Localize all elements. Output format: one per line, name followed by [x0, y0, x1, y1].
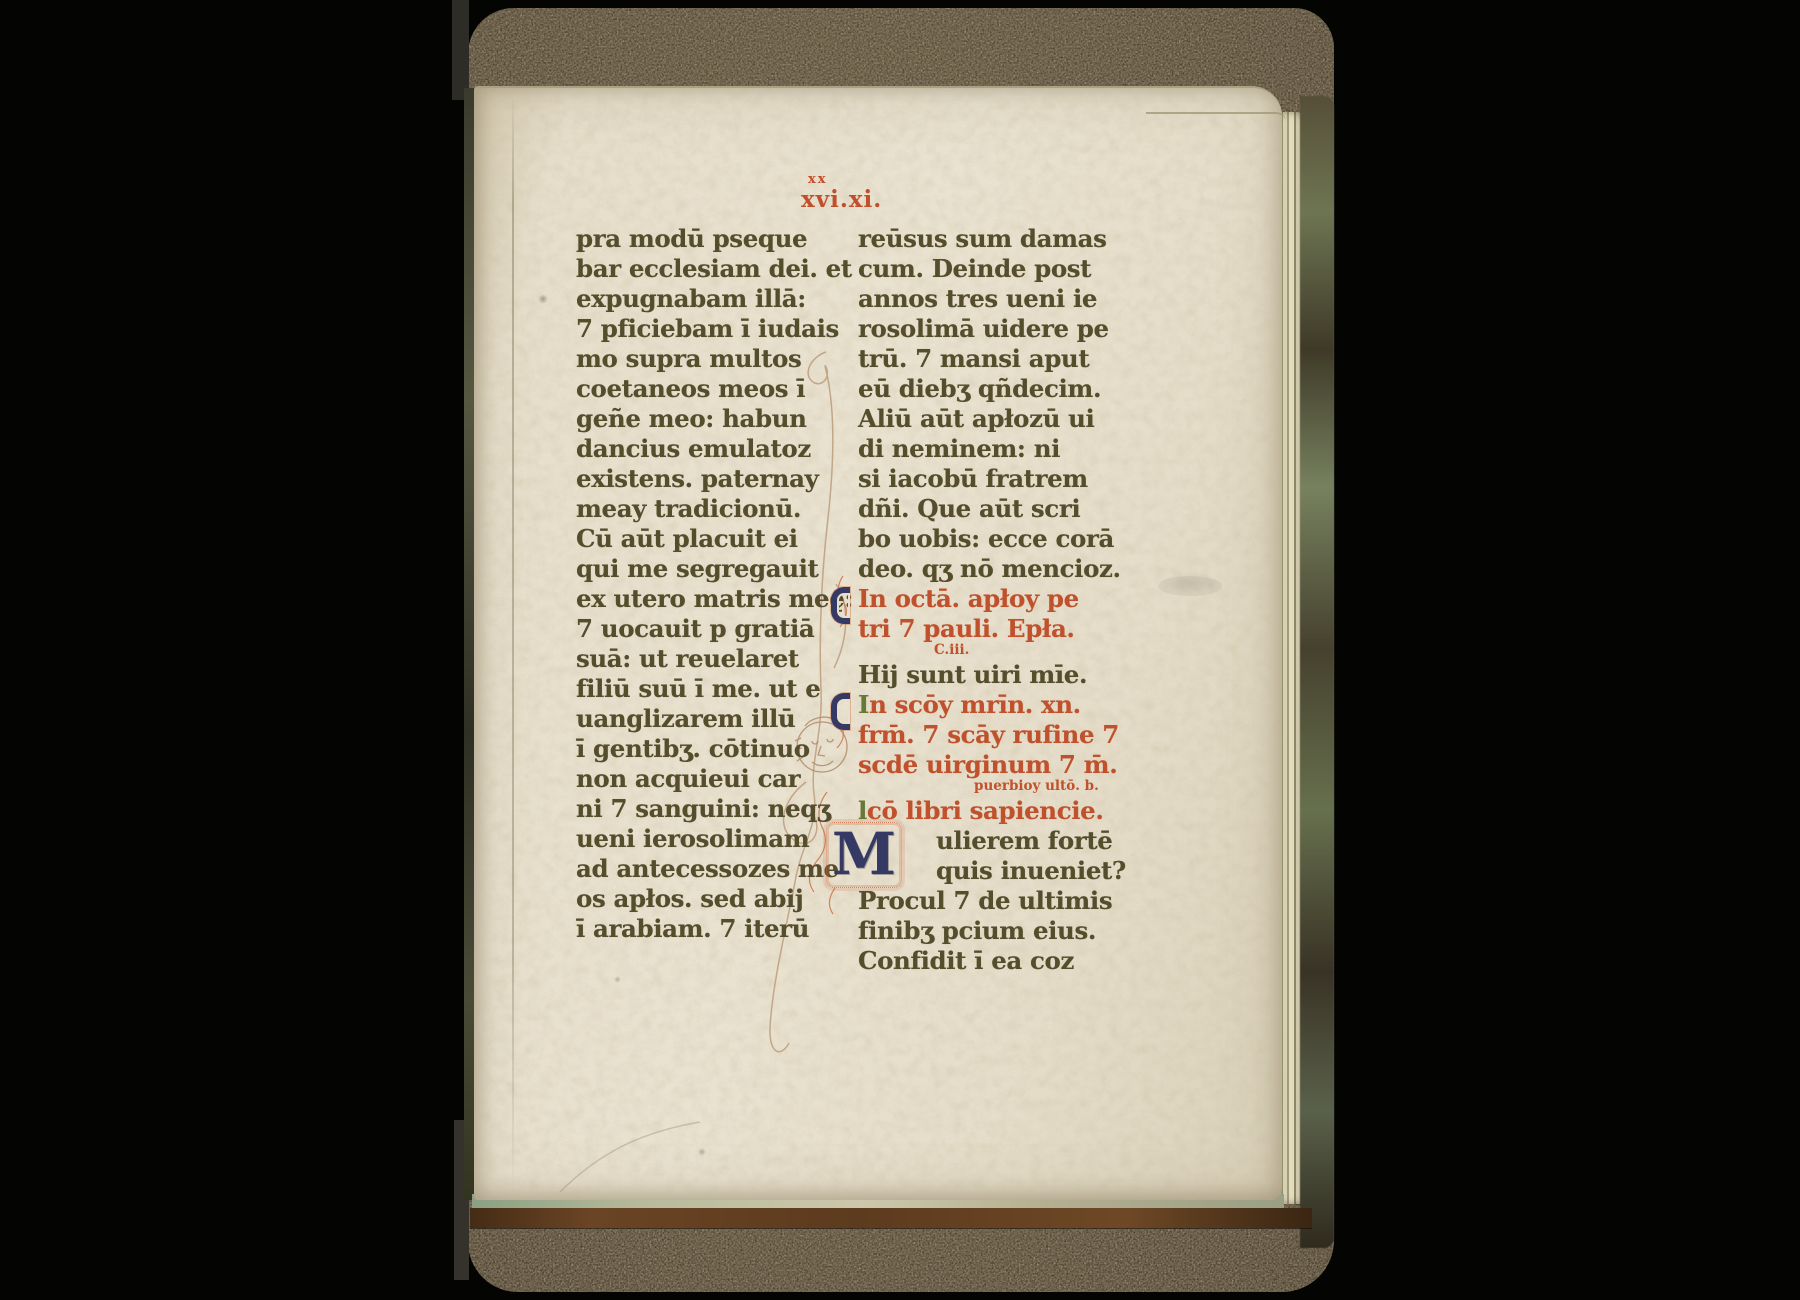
- text-line: dñi. Que aūt scri: [858, 494, 1164, 524]
- text-line-content: existens. paternay: [576, 464, 818, 493]
- text-line-content: puerbioy ultō. b.: [974, 778, 1099, 794]
- text-line-content: ulierem fortē: [936, 826, 1112, 855]
- text-column-right: M reūsus sum damas cum. Deinde post anno…: [858, 224, 1164, 976]
- text-line-content: cum. Deinde post: [858, 254, 1091, 283]
- text-line-content: In scōy mrīn. xn.: [858, 690, 1081, 719]
- text-line: quis inueniet?: [858, 856, 1164, 886]
- text-line: bar ecclesiam dei. et: [576, 254, 862, 284]
- text-line-content: uanglizarem illū: [576, 704, 795, 733]
- text-line: deo. qʒ nō mencioz.: [858, 554, 1164, 584]
- text-line-content: Procul 7 de ultimis: [858, 886, 1112, 915]
- text-line-content: ueni ierosolimam: [576, 824, 809, 853]
- text-line: non acquieui car: [576, 764, 862, 794]
- text-line-content: meay tradicionū.: [576, 494, 801, 523]
- text-line: dancius emulatoz: [576, 434, 862, 464]
- text-line: mo supra multos: [576, 344, 862, 374]
- text-line-content: os apłos. sed abij: [576, 884, 803, 913]
- folio-heading-superscript: xx: [808, 172, 828, 187]
- text-line: scdē uirginum 7 m̄.: [858, 750, 1164, 780]
- frame-edge-sliver: [452, 0, 469, 100]
- text-line: coetaneos meos ī: [576, 374, 862, 404]
- text-line: bo uobis: ecce corā: [858, 524, 1164, 554]
- text-column-left: pra modū pseque bar ecclesiam dei. et ex…: [576, 224, 862, 944]
- parchment-crease: [512, 92, 514, 1194]
- text-line: tri 7 pauli. Epła.: [858, 614, 1164, 644]
- text-line-content: deo. qʒ nō mencioz.: [858, 554, 1121, 583]
- text-line-content: Cū aūt placuit ei: [576, 524, 798, 553]
- text-line: ad antecessozes me: [576, 854, 862, 884]
- text-line-content: di neminem: ni: [858, 434, 1060, 463]
- text-line-content: ad antecessozes me: [576, 854, 839, 883]
- pilcrow-mark: [831, 587, 850, 624]
- text-line: Confidit ī ea coz: [858, 946, 1164, 976]
- text-line: annos tres ueni ie: [858, 284, 1164, 314]
- text-line: os apłos. sed abij: [576, 884, 862, 914]
- text-line: si iacobū fratrem: [858, 464, 1164, 494]
- text-line: ex utero matris meę:: [576, 584, 862, 614]
- text-line-content: filiū suū ī me. ut e: [576, 674, 820, 703]
- text-line: geñe meo: habun: [576, 404, 862, 434]
- cover-leather-edge: [470, 1208, 1312, 1228]
- manuscript-photo: { "document": { "kind": "Illuminated man…: [0, 0, 1800, 1300]
- parchment-speck: [698, 1148, 706, 1156]
- text-line-content: frm̄. 7 scāy rufine 7: [858, 720, 1119, 749]
- text-line: frm̄. 7 scāy rufine 7: [858, 720, 1164, 750]
- text-line: rosolimā uidere pe: [858, 314, 1164, 344]
- text-line-content: ī arabiam. 7 iterū: [576, 914, 809, 943]
- text-line-content: reūsus sum damas: [858, 224, 1107, 253]
- text-line: In scōy mrīn. xn.: [858, 690, 1164, 720]
- text-line: uanglizarem illū: [576, 704, 862, 734]
- text-line: existens. paternay: [576, 464, 862, 494]
- parchment-speck: [614, 976, 621, 983]
- text-line: 7 uocauit p gratiā: [576, 614, 862, 644]
- text-line-content: finibʒ pcium eius.: [858, 916, 1096, 945]
- text-line-content: Hij sunt uiri mīe.: [858, 660, 1087, 689]
- parchment-speck: [538, 294, 548, 304]
- text-line-content: Aliū aūt apłozū ui: [858, 404, 1094, 433]
- book-fore-edge: [1300, 96, 1334, 1248]
- folio-heading-number: xvi.xi.: [801, 186, 882, 213]
- text-line: di neminem: ni: [858, 434, 1164, 464]
- under-sheet-corner: [1146, 112, 1286, 124]
- text-line: Procul 7 de ultimis: [858, 886, 1164, 916]
- text-line: lcō libri sapiencie.: [858, 796, 1164, 826]
- folio-heading: xx xvi.xi.: [801, 186, 882, 213]
- text-line: ulierem fortē: [858, 826, 1164, 856]
- text-line-content: rosolimā uidere pe: [858, 314, 1109, 343]
- text-line-content: expugnabam illā:: [576, 284, 806, 313]
- text-line: ueni ierosolimam: [576, 824, 862, 854]
- text-line-content: scdē uirginum 7 m̄.: [858, 750, 1117, 779]
- text-line-content: bar ecclesiam dei. et: [576, 254, 852, 283]
- text-line-content: C.iii.: [934, 642, 969, 658]
- text-line: ni 7 sanguini: neqʒ: [576, 794, 862, 824]
- text-line-content: eū diebʒ qñdecim.: [858, 374, 1101, 403]
- text-line-content: pra modū pseque: [576, 224, 807, 253]
- text-line-content: si iacobū fratrem: [858, 464, 1088, 493]
- text-line: In octā. apłoy pe: [858, 584, 1164, 614]
- text-line: Cū aūt placuit ei: [576, 524, 862, 554]
- text-line: trū. 7 mansi aput: [858, 344, 1164, 374]
- text-line: Hij sunt uiri mīe.: [858, 660, 1164, 690]
- text-line: eū diebʒ qñdecim.: [858, 374, 1164, 404]
- text-line: ī gentibʒ. cōtinuo: [576, 734, 862, 764]
- text-line-content: In octā. apłoy pe: [858, 584, 1079, 613]
- text-line-content: lcō libri sapiencie.: [858, 796, 1103, 825]
- ink-smudge: [1158, 572, 1222, 594]
- text-line-content: trū. 7 mansi aput: [858, 344, 1089, 373]
- text-line: cum. Deinde post: [858, 254, 1164, 284]
- text-line-content: dancius emulatoz: [576, 434, 811, 463]
- text-line-content: tri 7 pauli. Epła.: [858, 614, 1075, 643]
- text-line: expugnabam illā:: [576, 284, 862, 314]
- text-line: finibʒ pcium eius.: [858, 916, 1164, 946]
- text-line-content: ī gentibʒ. cōtinuo: [576, 734, 810, 763]
- text-line: meay tradicionū.: [576, 494, 862, 524]
- text-line-content: non acquieui car: [576, 764, 800, 793]
- text-line-content: ni 7 sanguini: neqʒ: [576, 794, 831, 823]
- text-line-content: qui me segregauit: [576, 554, 818, 583]
- text-line: reūsus sum damas: [858, 224, 1164, 254]
- text-line: suā: ut reuelaret: [576, 644, 862, 674]
- text-line-content: quis inueniet?: [936, 856, 1126, 885]
- text-line-content: 7 uocauit p gratiā: [576, 614, 814, 643]
- text-line: 7 pficiebam ī iudais: [576, 314, 862, 344]
- pilcrow-mark: [831, 693, 850, 730]
- text-line-content: bo uobis: ecce corā: [858, 524, 1114, 553]
- text-line-content: suā: ut reuelaret: [576, 644, 799, 673]
- text-line-content: mo supra multos: [576, 344, 801, 373]
- text-line-content: dñi. Que aūt scri: [858, 494, 1080, 523]
- text-line: pra modū pseque: [576, 224, 862, 254]
- text-line-content: geñe meo: habun: [576, 404, 807, 433]
- text-line-content: ex utero matris meę:: [576, 584, 853, 613]
- text-line-content: 7 pficiebam ī iudais: [576, 314, 839, 343]
- text-line-content: coetaneos meos ī: [576, 374, 805, 403]
- text-line: Aliū aūt apłozū ui: [858, 404, 1164, 434]
- text-line: filiū suū ī me. ut e: [576, 674, 862, 704]
- text-line-content: annos tres ueni ie: [858, 284, 1097, 313]
- text-line: qui me segregauit: [576, 554, 862, 584]
- text-line: C.iii.: [858, 644, 1164, 660]
- text-line-content: Confidit ī ea coz: [858, 946, 1074, 975]
- text-line: puerbioy ultō. b.: [858, 780, 1164, 796]
- text-line: ī arabiam. 7 iterū: [576, 914, 862, 944]
